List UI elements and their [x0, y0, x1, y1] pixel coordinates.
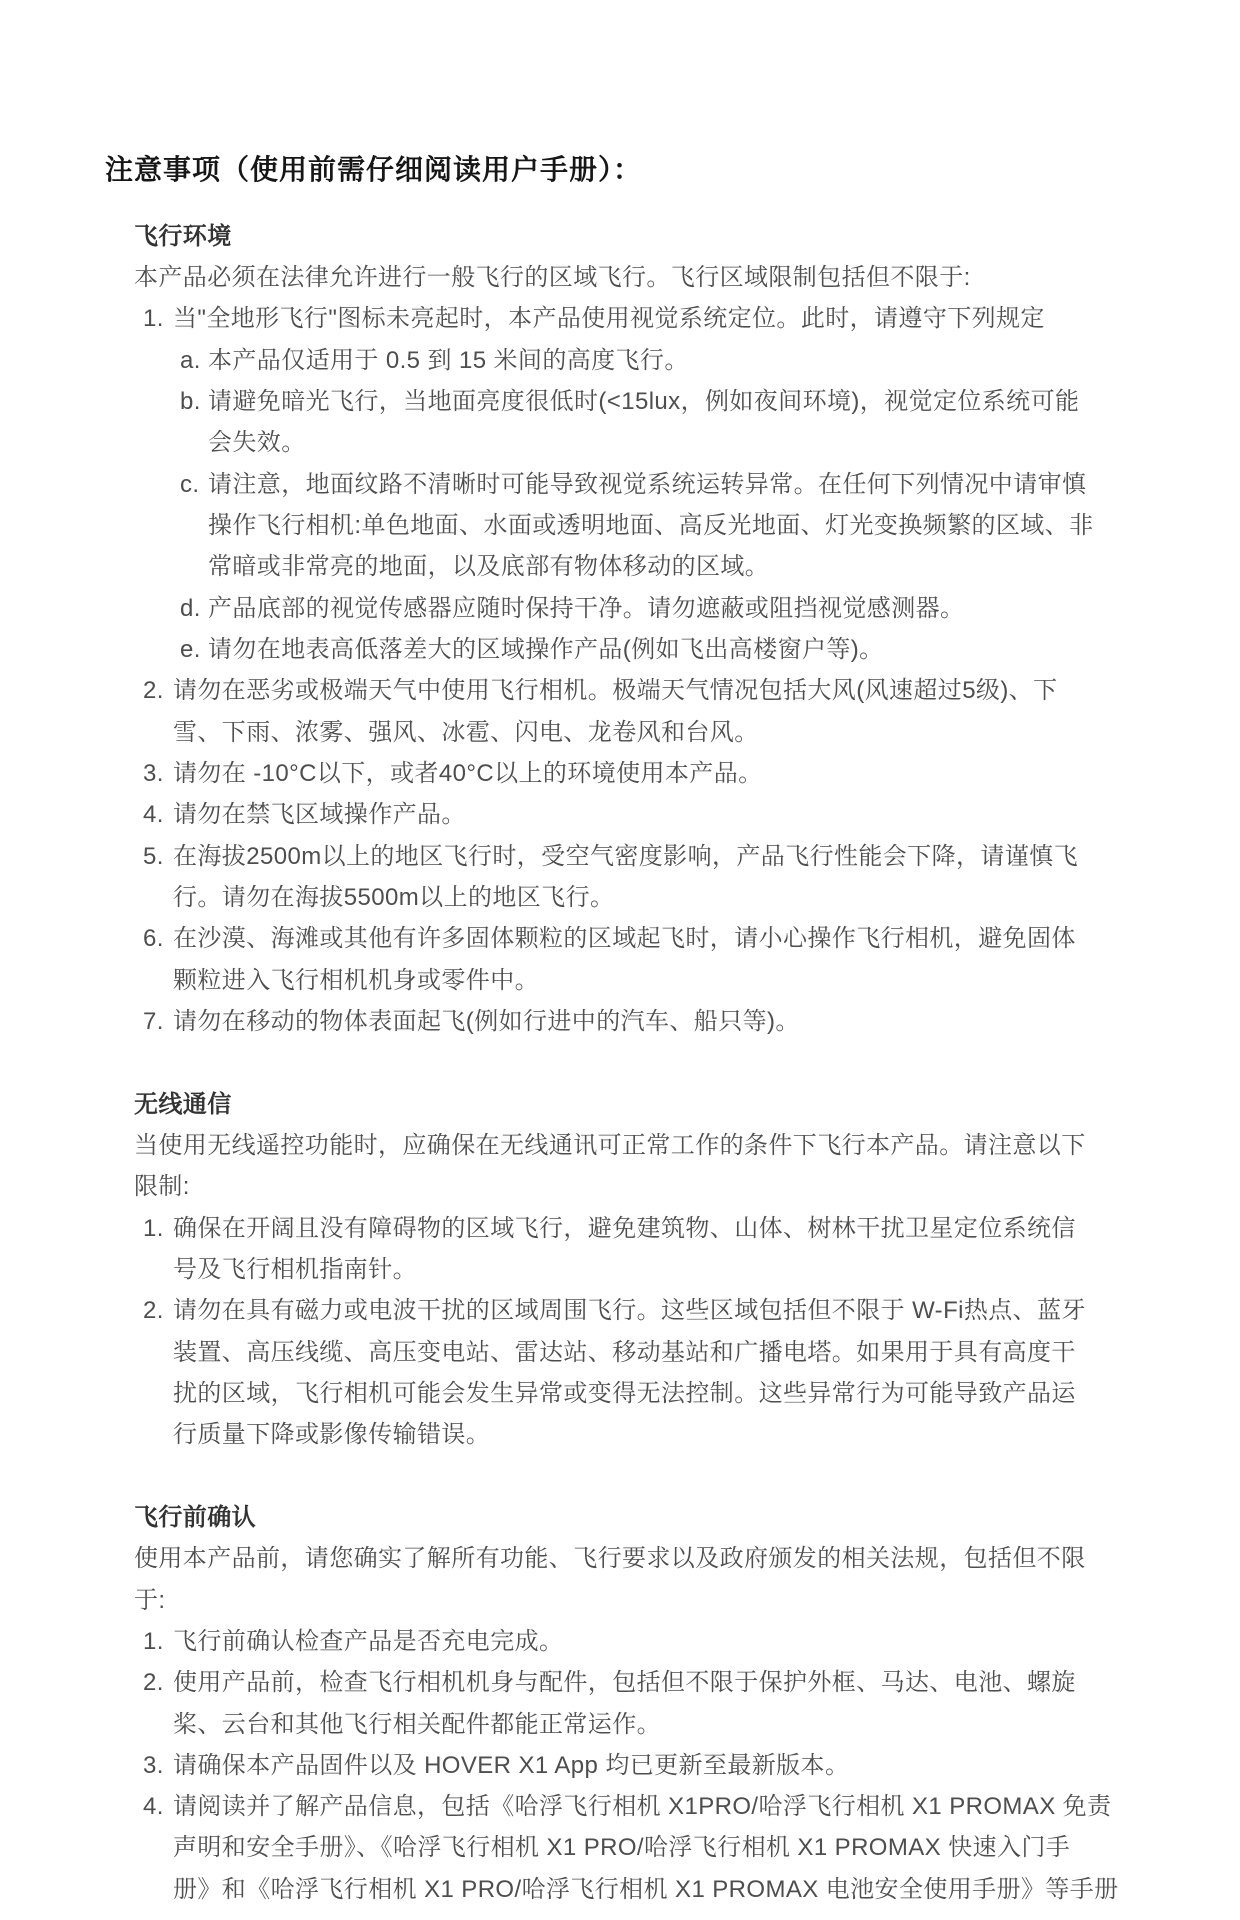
list-item-text: 行。请勿在海拔5500m以上的地区飞行。: [173, 877, 1134, 918]
document-body: 飞行环境 本产品必须在法律允许进行一般飞行的区域飞行。飞行区域限制包括但不限于:…: [134, 216, 1134, 1910]
sub-list-item: d. 产品底部的视觉传感器应随时保持干净。请勿遮蔽或阻挡视觉感测器。: [173, 588, 1134, 629]
list-item-text: 当"全地形飞行"图标未亮起时，本产品使用视觉系统定位。此时，请遵守下列规定: [173, 298, 1134, 339]
list-item-text: 使用产品前，检查飞行相机机身与配件，包括但不限于保护外框、马达、电池、螺旋: [173, 1662, 1134, 1703]
sub-list-item-text: 请避免暗光飞行，当地面亮度很低时(<15lux，例如夜间环境)，视觉定位系统可能: [208, 381, 1134, 422]
list-item-text: 在沙漠、海滩或其他有许多固体颗粒的区域起飞时，请小心操作飞行相机，避免固体: [173, 918, 1134, 959]
list-marker: 7.: [143, 1001, 164, 1042]
sub-list-item: c. 请注意，地面纹路不清晰时可能导致视觉系统运转异常。在任何下列情况中请审慎 …: [173, 464, 1134, 588]
sub-list-item: b. 请避免暗光飞行，当地面亮度很低时(<15lux，例如夜间环境)，视觉定位系…: [173, 381, 1134, 464]
list-item-text: 桨、云台和其他飞行相关配件都能正常运作。: [173, 1704, 1134, 1745]
sub-list-item-text: 会失效。: [208, 422, 1134, 463]
list-item: 3. 请确保本产品固件以及 HOVER X1 App 均已更新至最新版本。: [134, 1745, 1134, 1786]
sub-list-item-text: 请勿在地表高低落差大的区域操作产品(例如飞出高楼窗户等)。: [208, 629, 1134, 670]
list-item-text: 请确保本产品固件以及 HOVER X1 App 均已更新至最新版本。: [173, 1745, 1134, 1786]
list-item: 1. 飞行前确认检查产品是否充电完成。: [134, 1621, 1134, 1662]
list-item-text: 请勿在恶劣或极端天气中使用飞行相机。极端天气情况包括大风(风速超过5级)、下: [173, 670, 1134, 711]
list-item: 6. 在沙漠、海滩或其他有许多固体颗粒的区域起飞时，请小心操作飞行相机，避免固体…: [134, 918, 1134, 1001]
list-item-text: 颗粒进入飞行相机机身或零件中。: [173, 960, 1134, 1001]
sub-list-item-text: 操作飞行相机:单色地面、水面或透明地面、高反光地面、灯光变换频繁的区域、非: [208, 505, 1134, 546]
list-item: 1. 当"全地形飞行"图标未亮起时，本产品使用视觉系统定位。此时，请遵守下列规定…: [134, 298, 1134, 670]
list-item-text: 雪、下雨、浓雾、强风、冰雹、闪电、龙卷风和台风。: [173, 712, 1134, 753]
list-item: 7. 请勿在移动的物体表面起飞(例如行进中的汽车、船只等)。: [134, 1001, 1134, 1042]
sub-list-item-text: 常暗或非常亮的地面，以及底部有物体移动的区域。: [208, 546, 1134, 587]
sub-list-marker: c.: [180, 464, 199, 505]
section-intro: 本产品必须在法律允许进行一般飞行的区域飞行。飞行区域限制包括但不限于:: [134, 257, 1134, 298]
list-marker: 6.: [143, 918, 164, 959]
section-heading: 无线通信: [134, 1084, 1134, 1125]
sub-list-item: e. 请勿在地表高低落差大的区域操作产品(例如飞出高楼窗户等)。: [173, 629, 1134, 670]
list-marker: 2.: [143, 1290, 164, 1331]
list-item-text: 请勿在禁飞区域操作产品。: [173, 794, 1134, 835]
list-marker: 4.: [143, 794, 164, 835]
list-item-text: 声明和安全手册》、《哈浮飞行相机 X1 PRO/哈浮飞行相机 X1 PROMAX…: [173, 1827, 1134, 1868]
list-item: 3. 请勿在 -10°C以下，或者40°C以上的环境使用本产品。: [134, 753, 1134, 794]
list-marker: 1.: [143, 1621, 164, 1662]
list-item-text: 扰的区域，飞行相机可能会发生异常或变得无法控制。这些异常行为可能导致产品运: [173, 1373, 1134, 1414]
list-item-text: 请勿在移动的物体表面起飞(例如行进中的汽车、船只等)。: [173, 1001, 1134, 1042]
list-item-text: 飞行前确认检查产品是否充电完成。: [173, 1621, 1134, 1662]
list-item-text: 册》和《哈浮飞行相机 X1 PRO/哈浮飞行相机 X1 PROMAX 电池安全使…: [173, 1869, 1134, 1910]
page-title: 注意事项（使用前需仔细阅读用户手册）：: [105, 150, 642, 190]
section-intro: 限制:: [134, 1166, 1134, 1207]
list-item-text: 请勿在 -10°C以下，或者40°C以上的环境使用本产品。: [173, 753, 1134, 794]
list-marker: 3.: [143, 1745, 164, 1786]
section-intro: 于:: [134, 1580, 1134, 1621]
section-intro: 使用本产品前，请您确实了解所有功能、飞行要求以及政府颁发的相关法规，包括但不限: [134, 1538, 1134, 1579]
sub-list-item-text: 产品底部的视觉传感器应随时保持干净。请勿遮蔽或阻挡视觉感测器。: [208, 588, 1134, 629]
list-item-text: 确保在开阔且没有障碍物的区域飞行，避免建筑物、山体、树林干扰卫星定位系统信: [173, 1208, 1134, 1249]
list-item-text: 在海拔2500m以上的地区飞行时，受空气密度影响，产品飞行性能会下降，请谨慎飞: [173, 836, 1134, 877]
sub-list-item-text: 请注意，地面纹路不清晰时可能导致视觉系统运转异常。在任何下列情况中请审慎: [208, 464, 1134, 505]
list-marker: 3.: [143, 753, 164, 794]
list-item-text: 装置、高压线缆、高压变电站、雷达站、移动基站和广播电塔。如果用于具有高度干: [173, 1332, 1134, 1373]
list-item: 2. 请勿在恶劣或极端天气中使用飞行相机。极端天气情况包括大风(风速超过5级)、…: [134, 670, 1134, 753]
section-intro: 当使用无线遥控功能时，应确保在无线通讯可正常工作的条件下飞行本产品。请注意以下: [134, 1125, 1134, 1166]
sub-list-item: a. 本产品仅适用于 0.5 到 15 米间的高度飞行。: [173, 340, 1134, 381]
list-item: 2. 请勿在具有磁力或电波干扰的区域周围飞行。这些区域包括但不限于 W-Fi热点…: [134, 1290, 1134, 1455]
list-item: 1. 确保在开阔且没有障碍物的区域飞行，避免建筑物、山体、树林干扰卫星定位系统信…: [134, 1208, 1134, 1291]
sub-list-marker: a.: [180, 340, 201, 381]
list-marker: 1.: [143, 1208, 164, 1249]
list-item: 4. 请勿在禁飞区域操作产品。: [134, 794, 1134, 835]
list-marker: 4.: [143, 1786, 164, 1827]
list-item-text: 请勿在具有磁力或电波干扰的区域周围飞行。这些区域包括但不限于 W-Fi热点、蓝牙: [173, 1290, 1134, 1331]
list-item-text: 行质量下降或影像传输错误。: [173, 1414, 1134, 1455]
section-flight-environment: 飞行环境 本产品必须在法律允许进行一般飞行的区域飞行。飞行区域限制包括但不限于:…: [134, 216, 1134, 1043]
sub-list-marker: b.: [180, 381, 201, 422]
sub-list-item-text: 本产品仅适用于 0.5 到 15 米间的高度飞行。: [208, 340, 1134, 381]
list-item-text: 号及飞行相机指南针。: [173, 1249, 1134, 1290]
sub-list-marker: e.: [180, 629, 201, 670]
list-item: 4. 请阅读并了解产品信息，包括《哈浮飞行相机 X1PRO/哈浮飞行相机 X1 …: [134, 1786, 1134, 1910]
list-marker: 5.: [143, 836, 164, 877]
section-heading: 飞行前确认: [134, 1497, 1134, 1538]
list-item: 5. 在海拔2500m以上的地区飞行时，受空气密度影响，产品飞行性能会下降，请谨…: [134, 836, 1134, 919]
list-marker: 2.: [143, 670, 164, 711]
list-item: 2. 使用产品前，检查飞行相机机身与配件，包括但不限于保护外框、马达、电池、螺旋…: [134, 1662, 1134, 1745]
section-wireless-communication: 无线通信 当使用无线遥控功能时，应确保在无线通讯可正常工作的条件下飞行本产品。请…: [134, 1084, 1134, 1456]
list-marker: 1.: [143, 298, 164, 339]
section-preflight-check: 飞行前确认 使用本产品前，请您确实了解所有功能、飞行要求以及政府颁发的相关法规，…: [134, 1497, 1134, 1910]
section-heading: 飞行环境: [134, 216, 1134, 257]
list-item-text: 请阅读并了解产品信息，包括《哈浮飞行相机 X1PRO/哈浮飞行相机 X1 PRO…: [173, 1786, 1134, 1827]
list-marker: 2.: [143, 1662, 164, 1703]
sub-list-marker: d.: [180, 588, 201, 629]
